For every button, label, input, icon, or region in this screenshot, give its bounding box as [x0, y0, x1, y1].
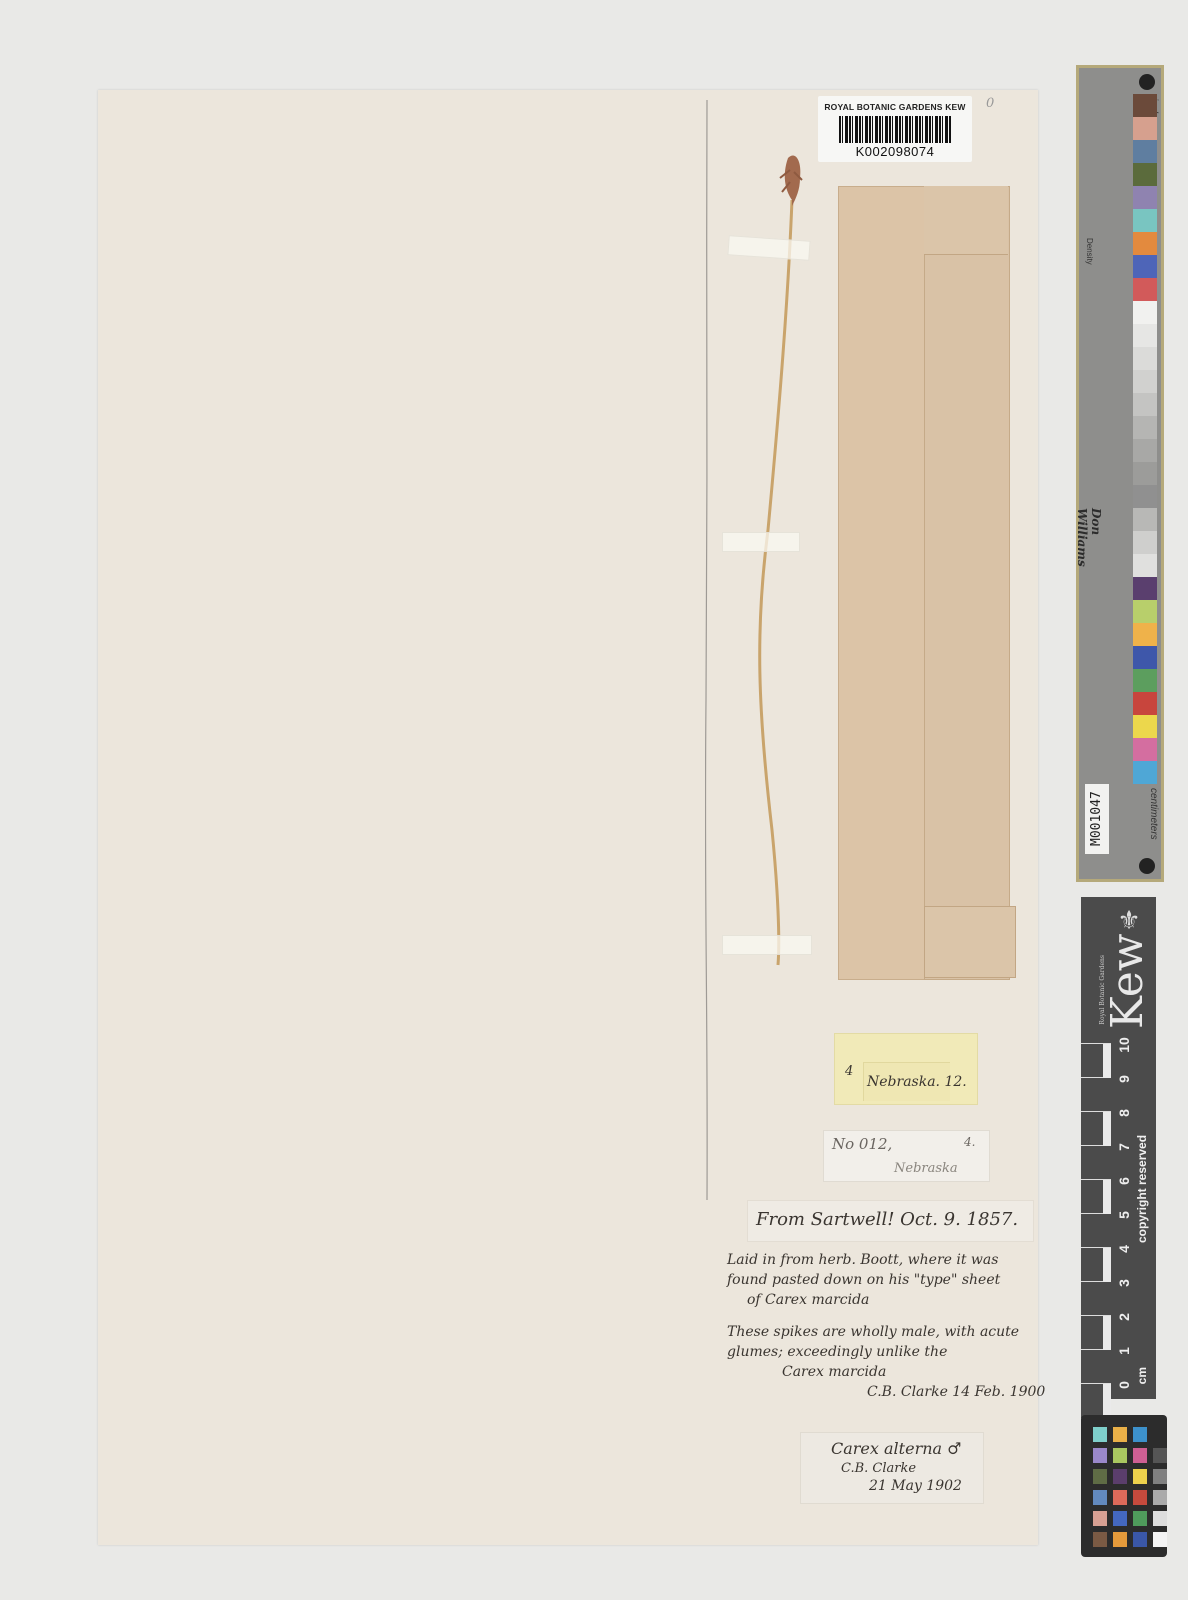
packet-flap	[924, 906, 1016, 978]
cm-segment	[1081, 1043, 1103, 1078]
collection-number: No 012,	[832, 1135, 892, 1153]
provenance-text: From Sartwell! Oct. 9. 1857.	[756, 1209, 1018, 1230]
checker-grid	[1093, 1427, 1167, 1547]
collection-count: 4.	[964, 1135, 975, 1149]
color-swatch	[1133, 324, 1157, 347]
color-swatch	[1133, 163, 1157, 186]
color-swatch	[1133, 485, 1157, 508]
color-swatch	[1133, 577, 1157, 600]
color-swatch	[1133, 600, 1157, 623]
cm-segment	[1081, 1315, 1103, 1350]
color-swatch	[1133, 646, 1157, 669]
det-taxon: Carex alterna ♂	[831, 1439, 961, 1458]
brand-label: Don Williams	[1083, 508, 1103, 598]
color-swatch	[1133, 715, 1157, 738]
checker-cell	[1093, 1490, 1107, 1505]
checker-cell	[1133, 1448, 1147, 1463]
checker-cell	[1153, 1469, 1167, 1484]
checker-cell	[1133, 1532, 1147, 1547]
checker-cell	[1113, 1490, 1127, 1505]
kew-scale-bar: ⚜ Kew Royal Botanic Gardens 109876543210…	[1081, 897, 1156, 1399]
cm-segment	[1081, 1111, 1103, 1146]
cm-tick-label: 10	[1116, 1036, 1132, 1054]
checker-cell	[1153, 1511, 1167, 1526]
barcode-icon	[839, 116, 951, 143]
cm-segment	[1081, 1179, 1103, 1214]
kew-logo-subtitle: Royal Botanic Gardens	[1099, 955, 1106, 1025]
collection-locality: Nebraska	[894, 1161, 958, 1176]
checker-cell	[1153, 1448, 1167, 1463]
det-determiner: C.B. Clarke	[841, 1461, 916, 1476]
checker-cell	[1133, 1490, 1147, 1505]
checker-cell	[1133, 1469, 1147, 1484]
cm-tick-label: 8	[1116, 1104, 1132, 1122]
color-swatch	[1133, 531, 1157, 554]
cm-segment	[1081, 1281, 1103, 1316]
color-swatch	[1133, 462, 1157, 485]
packet-flap	[924, 186, 1008, 255]
checker-cell	[1093, 1511, 1107, 1526]
cm-segment	[1081, 1383, 1103, 1418]
checker-cell	[1093, 1427, 1107, 1442]
label-locality: Nebraska. 12.	[867, 1074, 967, 1090]
strip-hole	[1139, 74, 1155, 90]
color-swatch	[1133, 232, 1157, 255]
color-swatch	[1133, 255, 1157, 278]
color-swatch	[1133, 738, 1157, 761]
copyright-text: copyright reserved	[1135, 1043, 1151, 1243]
strip-id-tag: M001047	[1085, 784, 1109, 854]
density-label: Density	[1085, 238, 1094, 265]
handwritten-notes: Laid in from herb. Boott, where it was f…	[727, 1250, 1037, 1402]
cm-tick-label: 7	[1116, 1138, 1132, 1156]
note-line: These spikes are wholly male, with acute	[727, 1322, 1037, 1342]
color-checker-card	[1081, 1415, 1167, 1557]
cm-tick-label: 1	[1116, 1342, 1132, 1360]
cm-segment-alt	[1103, 1247, 1111, 1282]
color-swatch	[1133, 140, 1157, 163]
cm-tick-label: 2	[1116, 1308, 1132, 1326]
color-swatch	[1133, 508, 1157, 531]
color-swatch	[1133, 301, 1157, 324]
checker-cell	[1133, 1427, 1147, 1442]
color-calibration-strip: inches centimeters Density Don Williams …	[1076, 65, 1164, 882]
cm-segment	[1081, 1349, 1103, 1384]
color-swatch	[1133, 278, 1157, 301]
checker-cell	[1093, 1448, 1107, 1463]
color-swatch	[1133, 117, 1157, 140]
checker-cell	[1113, 1448, 1127, 1463]
color-swatch	[1133, 209, 1157, 232]
note-line: glumes; exceedingly unlike the	[727, 1342, 1037, 1362]
swatch-column	[1133, 94, 1157, 784]
checker-cell	[1113, 1427, 1127, 1442]
color-swatch	[1133, 554, 1157, 577]
mounting-tape	[722, 935, 812, 955]
checker-cell	[1133, 1511, 1147, 1526]
cm-tick-label: 3	[1116, 1274, 1132, 1292]
checker-cell	[1093, 1532, 1107, 1547]
packet-panel	[838, 186, 926, 980]
cm-segment	[1081, 1145, 1103, 1180]
fragment-packet[interactable]	[838, 186, 1010, 978]
cm-tick-label: 4	[1116, 1240, 1132, 1258]
checker-cell	[1153, 1427, 1167, 1442]
collection-label: No 012, 4. Nebraska	[823, 1130, 990, 1182]
note-line: Laid in from herb. Boott, where it was	[727, 1250, 1037, 1270]
packet-panel	[924, 186, 1010, 980]
cm-segment-alt	[1103, 1111, 1111, 1146]
institution-name: ROYAL BOTANIC GARDENS KEW	[818, 102, 972, 112]
cm-segment-alt	[1103, 1383, 1111, 1418]
color-swatch	[1133, 761, 1157, 784]
note-line: Carex marcida	[727, 1362, 1037, 1382]
corner-mark: 0	[986, 96, 994, 111]
locality-label: 4 Nebraska. 12.	[834, 1033, 978, 1105]
cm-segment-alt	[1103, 1043, 1111, 1078]
barcode-number: K002098074	[818, 144, 972, 159]
note-signature: C.B. Clarke 14 Feb. 1900	[727, 1382, 1037, 1402]
plant-specimen-icon	[730, 150, 830, 970]
color-swatch	[1133, 669, 1157, 692]
cm-tick-label: 9	[1116, 1070, 1132, 1088]
color-swatch	[1133, 439, 1157, 462]
kew-logo: Kew	[1103, 949, 1153, 1029]
strip-hole	[1139, 858, 1155, 874]
checker-cell	[1153, 1532, 1167, 1547]
pencil-line	[705, 100, 709, 1200]
determination-label: Carex alterna ♂ C.B. Clarke 21 May 1902	[800, 1432, 984, 1504]
mounting-tape	[722, 532, 800, 552]
checker-cell	[1113, 1469, 1127, 1484]
color-swatch	[1133, 94, 1157, 117]
det-date: 21 May 1902	[869, 1478, 962, 1494]
cm-ruler-numbers: 109876543210	[1115, 1043, 1133, 1393]
cm-tick-label: 6	[1116, 1172, 1132, 1190]
cm-tick-label: 5	[1116, 1206, 1132, 1224]
color-swatch	[1133, 347, 1157, 370]
color-swatch	[1133, 416, 1157, 439]
cm-ruler	[1081, 1043, 1111, 1393]
cm-unit-label: cm	[1135, 1367, 1149, 1384]
cm-segment	[1081, 1077, 1103, 1112]
centimeters-label: centimeters	[1148, 788, 1159, 840]
color-swatch	[1133, 623, 1157, 646]
cm-segment	[1081, 1247, 1103, 1282]
provenance-label: From Sartwell! Oct. 9. 1857.	[747, 1200, 1034, 1242]
note-line: found pasted down on his "type" sheet	[727, 1270, 1037, 1290]
note-line: of Carex marcida	[727, 1290, 1037, 1310]
color-swatch	[1133, 692, 1157, 715]
checker-cell	[1113, 1511, 1127, 1526]
color-swatch	[1133, 186, 1157, 209]
color-swatch	[1133, 393, 1157, 416]
checker-cell	[1093, 1469, 1107, 1484]
barcode-label: ROYAL BOTANIC GARDENS KEW K002098074	[818, 96, 972, 162]
cm-segment-alt	[1103, 1179, 1111, 1214]
label-number: 4	[845, 1064, 853, 1079]
cm-segment-alt	[1103, 1315, 1111, 1350]
color-swatch	[1133, 370, 1157, 393]
checker-cell	[1113, 1532, 1127, 1547]
checker-cell	[1153, 1490, 1167, 1505]
cm-tick-label: 0	[1116, 1376, 1132, 1394]
cm-segment	[1081, 1213, 1103, 1248]
